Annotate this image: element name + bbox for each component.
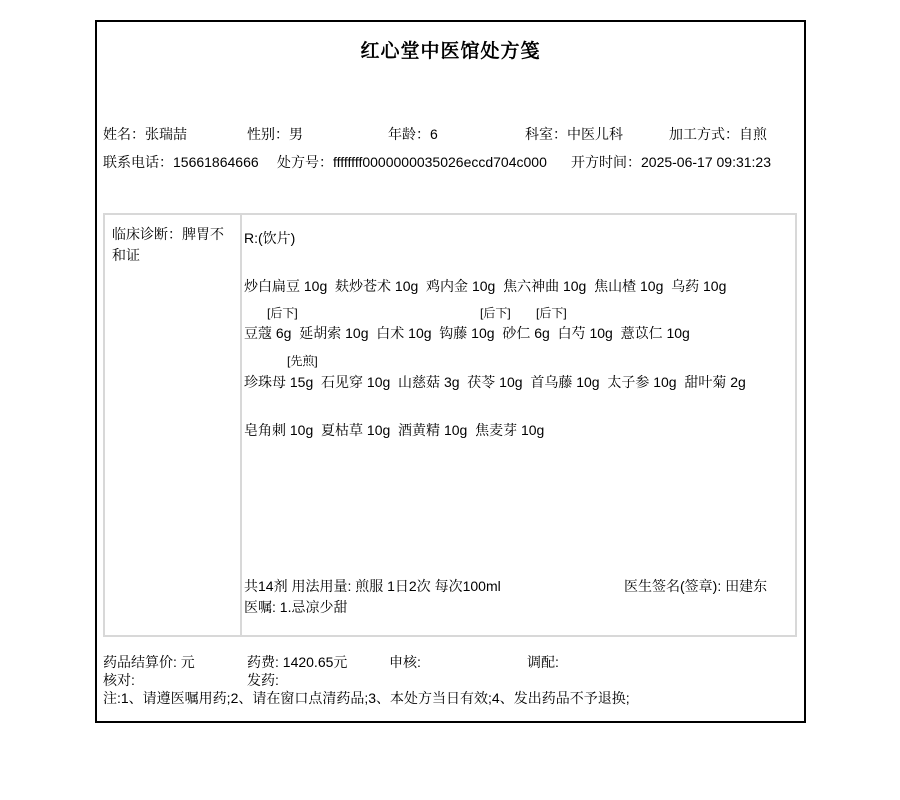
clinical-diagnosis: 临床诊断：脾胃不和证 [112, 224, 234, 266]
clinic-title: 红心堂中医馆处方笺 [97, 36, 804, 63]
prescription-number-field: 处方号：ffffffff0000000035026eccd704c000 [277, 152, 547, 172]
prescription-outer-border: 红心堂中医馆处方笺 姓名：张瑞喆 性别：男 年龄：6 科室：中医儿科 加工方式：… [95, 20, 806, 723]
column-divider [240, 215, 242, 635]
settlement-price-field: 药品结算价: 元 [103, 652, 195, 672]
decoction-note-houxia-3: [后下] [536, 304, 567, 321]
patient-name-field: 姓名：张瑞喆 [103, 124, 187, 144]
medication-line-3: 珍珠母 15g 石见穿 10g 山慈菇 3g 茯苓 10g 首乌藤 10g 太子… [244, 372, 746, 392]
dispense-field: 发药: [247, 670, 279, 690]
patient-age-field: 年龄：6 [388, 124, 438, 144]
contact-phone-field: 联系电话：15661864666 [103, 152, 259, 172]
department-field: 科室：中医儿科 [525, 124, 623, 144]
decoction-note-houxia-1: [后下] [267, 304, 298, 321]
patient-gender-field: 性别：男 [247, 124, 303, 144]
dispensing-prep-field: 调配: [527, 652, 559, 672]
dosage-usage-line: 共14剂 用法用量: 煎服 1日2次 每次100ml [244, 576, 501, 596]
medication-line-2: 豆蔻 6g 延胡索 10g 白术 10g 钩藤 10g 砂仁 6g 白芍 10g… [244, 323, 690, 343]
footnote: 注:1、请遵医嘱用药;2、请在窗口点清药品;3、本处方当日有效;4、发出药品不予… [103, 688, 630, 708]
medical-advice: 医嘱: 1.忌凉少甜 [244, 597, 347, 617]
decoction-note-xianjian: [先煎] [287, 352, 318, 369]
prescription-page: 红心堂中医馆处方笺 姓名：张瑞喆 性别：男 年龄：6 科室：中医儿科 加工方式：… [0, 0, 900, 800]
prescription-time-field: 开方时间：2025-06-17 09:31:23 [571, 152, 771, 172]
check-field: 核对: [103, 670, 135, 690]
rx-header: R:(饮片) [244, 228, 295, 248]
medication-line-1: 炒白扁豆 10g 麸炒苍术 10g 鸡内金 10g 焦六神曲 10g 焦山楂 1… [244, 276, 726, 296]
processing-method-field: 加工方式：自煎 [669, 124, 767, 144]
medication-line-4: 皂角刺 10g 夏枯草 10g 酒黄精 10g 焦麦芽 10g [244, 420, 544, 440]
review-field: 申核: [389, 652, 421, 672]
decoction-note-houxia-2: [后下] [480, 304, 511, 321]
prescription-body-box: 临床诊断：脾胃不和证 R:(饮片) 炒白扁豆 10g 麸炒苍术 10g 鸡内金 … [103, 213, 797, 637]
doctor-signature: 医生签名(签章): 田建东 [624, 576, 767, 596]
medicine-fee-field: 药费: 1420.65元 [247, 652, 347, 672]
